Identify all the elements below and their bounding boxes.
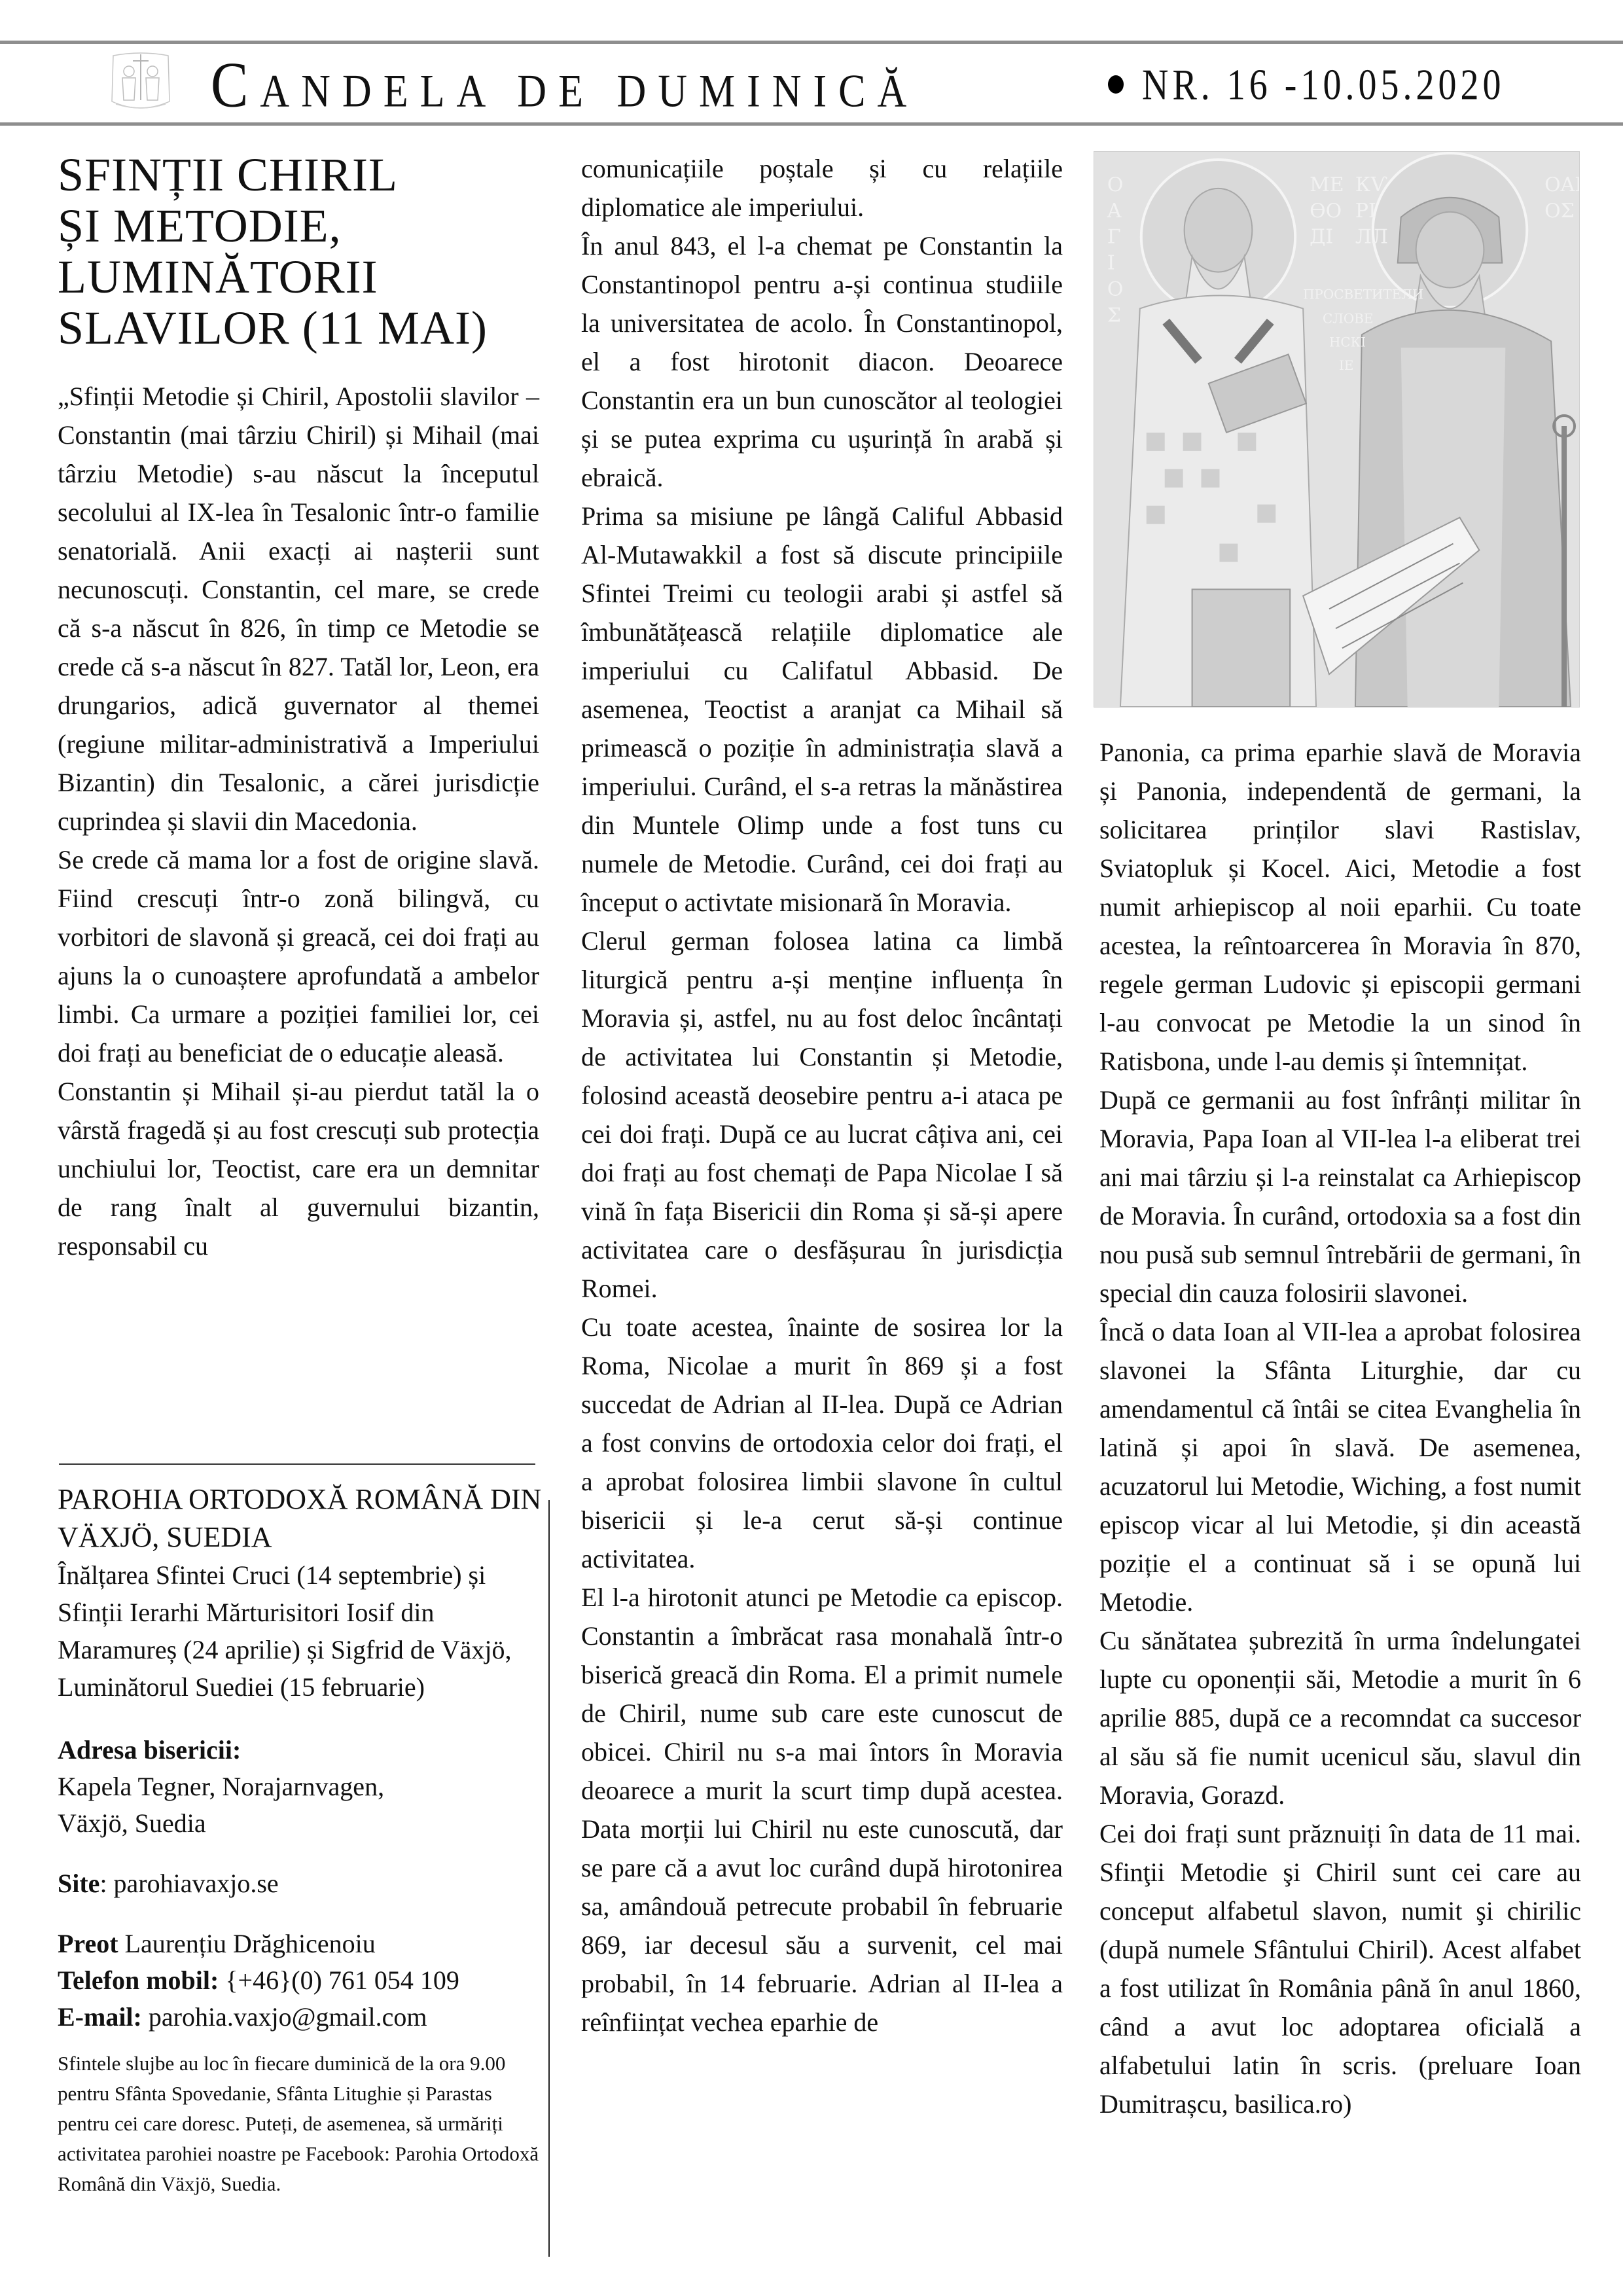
article-title-line: ȘI METODIE,: [58, 200, 539, 251]
publication-title: Candela de duminicĂ: [211, 51, 918, 126]
parish-info: PAROHIA ORTODOXĂ ROMÂNĂ DIN VÄXJÖ, SUEDI…: [58, 1480, 542, 2199]
article-paragraph: „Sfinții Metodie și Chiril, Apostolii sl…: [58, 377, 539, 840]
parish-feasts: Înălțarea Sfintei Cruci (14 septembrie) …: [58, 1556, 542, 1706]
svg-text:Ο: Ο: [1107, 173, 1124, 196]
priest-name: Laurențiu Drăghicenoiu: [118, 1929, 376, 1958]
svg-text:ΟΣ: ΟΣ: [1544, 200, 1575, 223]
bullet-separator-icon: [1108, 75, 1124, 94]
article-title-line: SFINȚII CHIRIL: [58, 149, 539, 200]
article-paragraph: Panonia, ca prima eparhie slavă de Morav…: [1099, 733, 1581, 1081]
issue-number-date: nr. 16 -10.05.2020: [1142, 58, 1505, 113]
column-1: SFINȚII CHIRIL ȘI METODIE, LUMINĂTORII S…: [58, 149, 539, 1265]
svg-text:ЛЛ: ЛЛ: [1355, 226, 1388, 249]
website: Site: parohiavaxjo.se: [58, 1865, 542, 1902]
service-schedule-note: Sfintele slujbe au loc în fiecare dumini…: [58, 2049, 542, 2199]
svg-text:ПРОСВЕТИТЕЛИ: ПРОСВЕТИТЕЛИ: [1303, 286, 1423, 302]
svg-text:СЛОВЕ: СЛОВЕ: [1323, 310, 1373, 326]
site-label: Site: [58, 1869, 99, 1898]
svg-text:ѲО: ѲО: [1310, 200, 1342, 223]
svg-text:Σ: Σ: [1107, 304, 1121, 327]
phone-label: Telefon mobil:: [58, 1965, 219, 1995]
svg-text:ІЕ: ІЕ: [1339, 357, 1353, 373]
svg-text:Ο: Ο: [1107, 278, 1124, 300]
saints-icon-image: ΟΑΓ ΙΟΣ МЕѲОДІ КѴРІЛЛ ΟΑΓΙΟΣ ПРОСВЕТИТЕЛ…: [1094, 151, 1580, 708]
article-paragraph: El l-a hirotonit atunci pe Metodie ca ep…: [581, 1578, 1063, 2041]
article-paragraph: Încă o data Ioan al VII-lea a aprobat fo…: [1099, 1312, 1581, 1621]
article-title-line: LUMINĂTORII: [58, 251, 539, 302]
svg-text:ДІ: ДІ: [1310, 226, 1333, 249]
column-divider: [548, 1500, 550, 2257]
address-line: Kapela Tegner, Norajarnvagen,: [58, 1768, 542, 1805]
email-link[interactable]: parohia.vaxjo@gmail.com: [142, 2002, 427, 2032]
masthead: Candela de duminicĂ nr. 16 -10.05.2020: [0, 44, 1623, 122]
article-paragraph: Prima sa misiune pe lângă Califul Abbasi…: [581, 497, 1063, 922]
section-divider: [59, 1463, 535, 1465]
article-paragraph: Se crede că mama lor a fost de origine s…: [58, 840, 539, 1072]
svg-text:Γ: Γ: [1107, 226, 1121, 249]
svg-text:Α: Α: [1107, 200, 1122, 223]
svg-text:КѴ: КѴ: [1355, 173, 1387, 196]
column-2: comunicațiile poștale și cu relațiile di…: [581, 149, 1063, 2041]
svg-text:Ι: Ι: [1107, 252, 1115, 275]
article-paragraph: După ce germanii au fost înfrânți milita…: [1099, 1081, 1581, 1312]
article-paragraph: Clerul german folosea latina ca limbă li…: [581, 922, 1063, 1308]
parish-title: PAROHIA ORTODOXĂ ROMÂNĂ DIN VÄXJÖ, SUEDI…: [58, 1480, 542, 1556]
site-link[interactable]: : parohiavaxjo.se: [99, 1869, 278, 1898]
publication-title-rest: andela de duminicĂ: [260, 66, 918, 117]
article-paragraph: comunicațiile poștale și cu relațiile di…: [581, 149, 1063, 226]
article-paragraph: Cu toate acestea, înainte de sosirea lor…: [581, 1308, 1063, 1578]
svg-text:НСКІ: НСКІ: [1329, 334, 1366, 350]
article-title: SFINȚII CHIRIL ȘI METODIE, LUMINĂTORII S…: [58, 149, 539, 353]
address-label: Adresa bisericii:: [58, 1732, 542, 1768]
contact-info: Preot Laurențiu Drăghicenoiu Telefon mob…: [58, 1926, 542, 2036]
church-address: Adresa bisericii: Kapela Tegner, Norajar…: [58, 1732, 542, 1842]
article-paragraph: În anul 843, el l-a chemat pe Constantin…: [581, 226, 1063, 497]
svg-text:РІ: РІ: [1355, 200, 1376, 223]
parish-logo-icon: [108, 49, 173, 117]
article-title-line: SLAVILOR (11 MAI): [58, 302, 539, 353]
article-paragraph: Cu sănătatea șubrezită în urma îndelunga…: [1099, 1621, 1581, 1814]
address-line: Växjö, Suedia: [58, 1805, 542, 1842]
email-label: E-mail:: [58, 2002, 142, 2032]
article-paragraph: Constantin și Mihail și-au pierdut tatăl…: [58, 1072, 539, 1265]
article-paragraph: Cei doi frați sunt prăznuiți în data de …: [1099, 1814, 1581, 2123]
publication-title-initial: C: [211, 48, 260, 120]
column-3: Panonia, ca prima eparhie slavă de Morav…: [1099, 733, 1581, 2123]
svg-text:ΟΑΓΙ: ΟΑΓΙ: [1544, 173, 1579, 196]
phone-number[interactable]: {+46}(0) 761 054 109: [219, 1965, 459, 1995]
priest-label: Preot: [58, 1929, 118, 1958]
svg-text:МЕ: МЕ: [1310, 173, 1344, 196]
